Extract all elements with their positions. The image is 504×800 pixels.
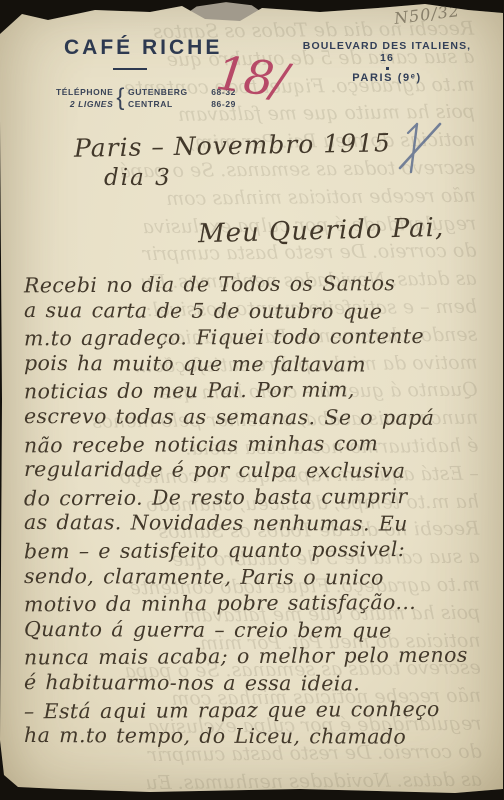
phone-labels: TÉLÉPHONE 2 LIGNES (56, 86, 113, 110)
handwritten-day-line: dia 3 (104, 165, 172, 191)
handwriting-line: sendo, claramente, Paris o unico (24, 563, 486, 592)
phone-exchange-2: CENTRAL (128, 98, 173, 110)
handwritten-salutation: Meu Querido Pai, (198, 213, 445, 249)
red-page-number-annotation: 18/ (213, 46, 289, 109)
letterhead-cafe-name: CAFÉ RICHE (64, 36, 222, 60)
blue-pencil-mark-icon (396, 118, 444, 180)
handwriting-line: ha m.to tempo, do Liceu, chamado (24, 722, 486, 751)
letterhead-address-dot (386, 67, 389, 70)
letterhead-address-block: BOULEVARD DES ITALIENS, 16 PARIS (9ᵉ) (296, 40, 478, 84)
letterhead-phone-block: TÉLÉPHONE 2 LIGNES { GUTENBERG 68-32 CEN… (56, 84, 236, 112)
handwriting-line: a sua carta de 5 de outubro que (24, 297, 486, 326)
handwriting-line: noticias do meu Pai. Por mim, (24, 376, 486, 405)
phone-label-lines: 2 LIGNES (56, 98, 113, 110)
handwriting-line: regularidade é por culpa exclusiva (24, 456, 486, 485)
archival-number-annotation: N50/32 (393, 1, 461, 28)
handwritten-dateline: Paris – Novembro 1915 (74, 128, 391, 163)
letterhead-address-line2: PARIS (9ᵉ) (296, 72, 478, 84)
handwriting-line: bem – e satisfeito quanto possivel: (24, 536, 486, 565)
handwriting-line: nunca mais acaba; o melhor pelo menos (24, 642, 486, 671)
handwriting-line: pois ha muito que me faltavam (24, 350, 486, 379)
handwriting-line: não recebe noticias minhas com (24, 429, 486, 458)
letter-content: CAFÉ RICHE BOULEVARD DES ITALIENS, 16 PA… (0, 0, 504, 800)
phone-label-telephone: TÉLÉPHONE (56, 86, 113, 98)
handwriting-line: m.to agradeço. Fiquei todo contente (24, 323, 486, 352)
handwriting-line: do correio. De resto basta cumprir (24, 482, 486, 511)
handwriting-line: escrevo todas as semanas. Se o papá (24, 403, 486, 432)
handwriting-line: motivo da minha pobre satisfação... (24, 589, 486, 618)
handwriting-line: Recebi no dia de Todos os Santos (24, 270, 486, 299)
handwriting-line: é habituarmo-nos a essa ideia. (24, 669, 486, 698)
handwriting-line: – Está aqui um rapaz que eu conheço (24, 695, 486, 724)
phone-brace-glyph: { (116, 84, 125, 112)
handwritten-body: Recebi no dia de Todos os Santos a sua c… (24, 271, 486, 750)
handwriting-line: as datas. Novidades nenhumas. Eu (24, 509, 486, 538)
handwriting-line: Quanto á guerra – creio bem que (24, 616, 486, 645)
letterhead-address-line1: BOULEVARD DES ITALIENS, 16 (296, 40, 478, 64)
phone-exchange-1: GUTENBERG (128, 86, 188, 98)
letterhead-rule (113, 68, 147, 70)
letter-paper: Recebi no dia de Todos os Santosa sua ca… (0, 0, 504, 800)
